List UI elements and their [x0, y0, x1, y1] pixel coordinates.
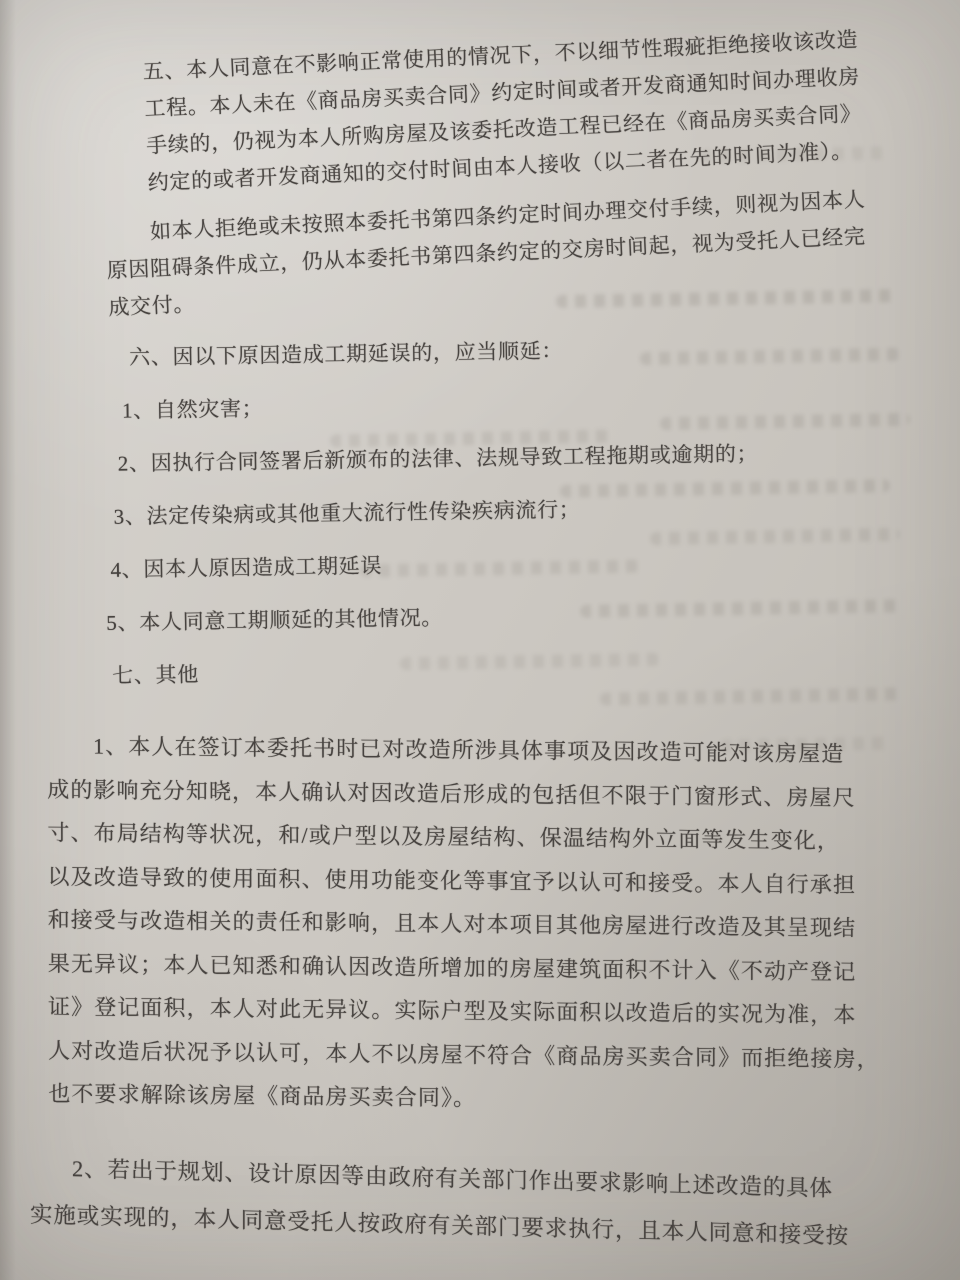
- clause-6-item: 4、因本人原因造成工期延误: [100, 550, 760, 581]
- clause-5-section: 五、本人同意在不影响正常使用的情况下，不以细节性瑕疵拒绝接收该改造 工程。本人未…: [97, 21, 870, 326]
- clause-7-paragraph-2: 2、若出于规划、设计原因等由政府有关部门作出要求影响上述改造的具体 实施或实现的…: [30, 1144, 849, 1259]
- clause-7-heading: 七、其他: [102, 656, 762, 687]
- clause-7-paragraph-1: 1、本人在签订本委托书时已对改造所涉具体事项及因改造可能对该房屋造 成的影响充分…: [47, 724, 880, 1124]
- clause-6-item: 2、因执行合同签署后新颁布的法律、法规导致工程拖期或逾期的；: [99, 444, 759, 475]
- document-line: 也不要求解除该房屋《商品房买卖合同》。: [48, 1072, 880, 1124]
- clause-6-item: 5、本人同意工期顺延的其他情况。: [101, 603, 761, 634]
- document-photo: 五、本人同意在不影响正常使用的情况下，不以细节性瑕疵拒绝接收该改造 工程。本人未…: [0, 0, 960, 1280]
- clause-6-heading: 六、因以下原因造成工期延误的，应当顺延：: [97, 338, 757, 369]
- clause-5-paragraph: 五、本人同意在不影响正常使用的情况下，不以细节性瑕疵拒绝接收该改造 工程。本人未…: [142, 21, 864, 201]
- clause-5-paragraph-2: 如本人拒绝或未按照本委托书第四条约定时间办理交付手续，则视为因本人 原因阻碍条件…: [104, 181, 869, 326]
- clause-6-section: 六、因以下原因造成工期延误的，应当顺延： 1、自然灾害； 2、因执行合同签署后新…: [97, 338, 762, 719]
- clause-6-item: 1、自然灾害；: [98, 391, 758, 422]
- clause-6-item: 3、法定传染病或其他重大流行性传染疾病流行；: [99, 497, 759, 528]
